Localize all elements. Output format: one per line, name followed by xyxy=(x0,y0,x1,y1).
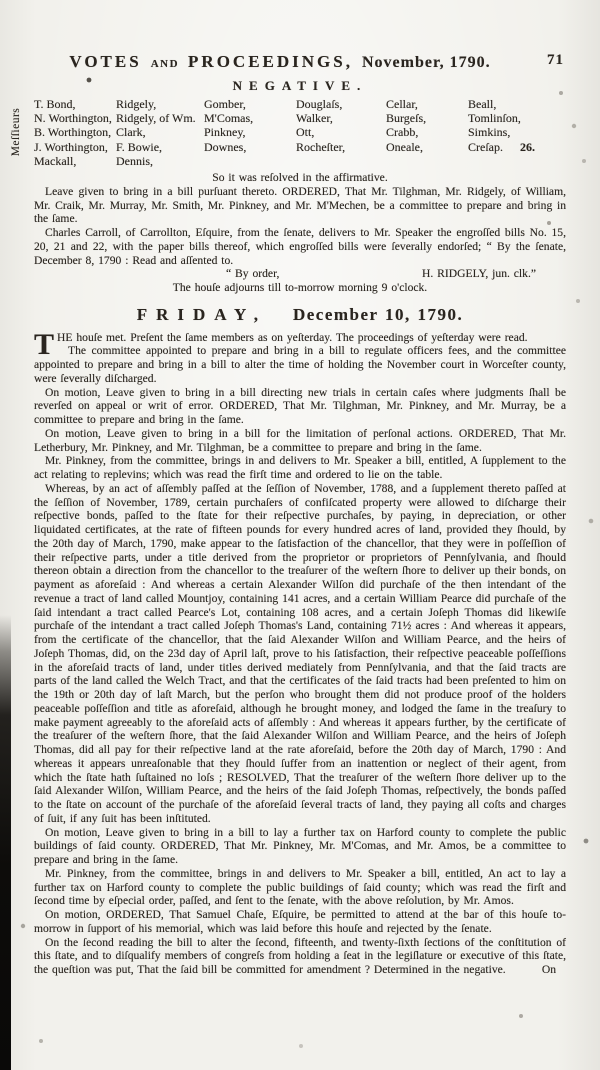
delegate-name: Beall, xyxy=(468,97,566,111)
clerk-signature: H. RIDGELY, jun. clk.” xyxy=(422,267,536,281)
paragraph-harford-tax-motion: On motion, Leave given to bring in a bil… xyxy=(34,826,566,867)
paragraph-replevins-bill: Mr. Pinkney, from the committee, brings … xyxy=(34,454,566,482)
delegate-name: Rocheſter, xyxy=(296,140,386,154)
paragraph-limitation-actions: On motion, Leave given to bring in a bil… xyxy=(34,427,566,455)
paragraph-carroll-senate: Charles Carroll, of Carrollton, Eſquire,… xyxy=(34,226,566,267)
delegate-name: Clark, xyxy=(116,125,204,139)
delegate-name: Ridgely, xyxy=(116,97,204,111)
vote-column-4: Douglaſs, Walker, Ott, Rocheſter, xyxy=(296,97,386,168)
delegate-name: Ott, xyxy=(296,125,386,139)
negative-vote-list: Meſſieurs T. Bond, N. Worthington, B. Wo… xyxy=(34,97,566,168)
adjournment-line: The houſe adjourns till to-morrow mornin… xyxy=(34,281,566,295)
delegate-name: Pinkney, xyxy=(204,125,296,139)
delegate-name: N. Worthington, xyxy=(34,111,116,125)
delegate-name: M'Comas, xyxy=(204,111,296,125)
paragraph-leave-bill: Leave given to bring in a bill purſuant … xyxy=(34,185,566,226)
delegate-name: B. Worthington, xyxy=(34,125,116,139)
paragraph-whereas-resolution: Whereas, by an act of aſſembly paſſed at… xyxy=(34,482,566,826)
delegate-name: J. Worthington, xyxy=(34,140,116,154)
vote-column-2: Ridgely, Ridgely, of Wm. Clark, F. Bowie… xyxy=(116,97,204,168)
title-proceedings: PROCEEDINGS, xyxy=(188,52,353,72)
delegate-name: Mackall, xyxy=(34,154,116,168)
delegate-name: Creſap. xyxy=(468,140,566,154)
delegate-name: Cellar, xyxy=(386,97,468,111)
paragraph-samuel-chase: On motion, ORDERED, That Samuel Chaſe, E… xyxy=(34,908,566,936)
messieurs-label: Meſſieurs xyxy=(9,97,23,167)
title-votes: VOTES xyxy=(69,52,141,72)
vote-count: 26. xyxy=(520,140,535,154)
scan-specks xyxy=(0,0,2,2)
document-page: VOTES and PROCEEDINGS, November, 1790. 7… xyxy=(0,0,600,1070)
friday-heading: FRIDAY, December 10, 1790. xyxy=(34,308,566,322)
page-number: 71 xyxy=(547,52,564,69)
delegate-name: Simkins, xyxy=(468,125,566,139)
delegate-name: F. Bowie, xyxy=(116,140,204,154)
by-order-line: “ By order, H. RIDGELY, jun. clk.” xyxy=(34,267,566,281)
by-order-label: “ By order, xyxy=(226,267,279,281)
delegate-name: Ridgely, of Wm. xyxy=(116,111,204,125)
paragraph-harford-tax-bill: Mr. Pinkney, from the committee, brings … xyxy=(34,867,566,908)
delegate-name: Downes, xyxy=(204,140,296,154)
delegate-name: Walker, xyxy=(296,111,386,125)
running-header: VOTES and PROCEEDINGS, November, 1790. 7… xyxy=(34,52,566,74)
delegate-name: Tomlinſon, xyxy=(468,111,566,125)
paragraph-new-trials: On motion, Leave given to bring in a bil… xyxy=(34,386,566,427)
vote-column-5: Cellar, Burgeſs, Crabb, Oneale, xyxy=(386,97,468,168)
page-title: VOTES and PROCEEDINGS, November, 1790. xyxy=(34,52,566,72)
delegate-name: Burgeſs, xyxy=(386,111,468,125)
paragraph-constitution-bill: On the ſecond reading the bill to alter … xyxy=(34,936,566,977)
negative-heading: NEGATIVE. xyxy=(34,78,566,94)
dropcap-T: T xyxy=(34,331,57,357)
title-and: and xyxy=(151,58,179,70)
vote-column-6: Beall, Tomlinſon, Simkins, Creſap. xyxy=(468,97,566,168)
title-date: November, 1790. xyxy=(362,54,491,72)
vote-column-1: T. Bond, N. Worthington, B. Worthington,… xyxy=(34,97,116,168)
delegate-name: Gomber, xyxy=(204,97,296,111)
paragraph-committees-discharged: The committee appointed to prepare and b… xyxy=(34,344,566,385)
paragraph-house-met: THE houſe met. Preſent the ſame members … xyxy=(34,331,566,345)
delegate-name: Crabb, xyxy=(386,125,468,139)
friday-date: December 10, 1790. xyxy=(293,308,463,322)
resolved-line: So it was reſolved in the affirmative. xyxy=(34,171,566,185)
vote-column-3: Gomber, M'Comas, Pinkney, Downes, xyxy=(204,97,296,168)
delegate-name: Dennis, xyxy=(116,154,204,168)
delegate-name: T. Bond, xyxy=(34,97,116,111)
house-met-text: HE houſe met. Preſent the ſame members a… xyxy=(57,331,528,344)
friday-day: FRIDAY, xyxy=(137,308,267,322)
delegate-name: Oneale, xyxy=(386,140,468,154)
scan-artifact-bar xyxy=(0,615,11,1070)
delegate-name: Douglaſs, xyxy=(296,97,386,111)
journal-body: So it was reſolved in the affirmative. L… xyxy=(34,171,566,977)
